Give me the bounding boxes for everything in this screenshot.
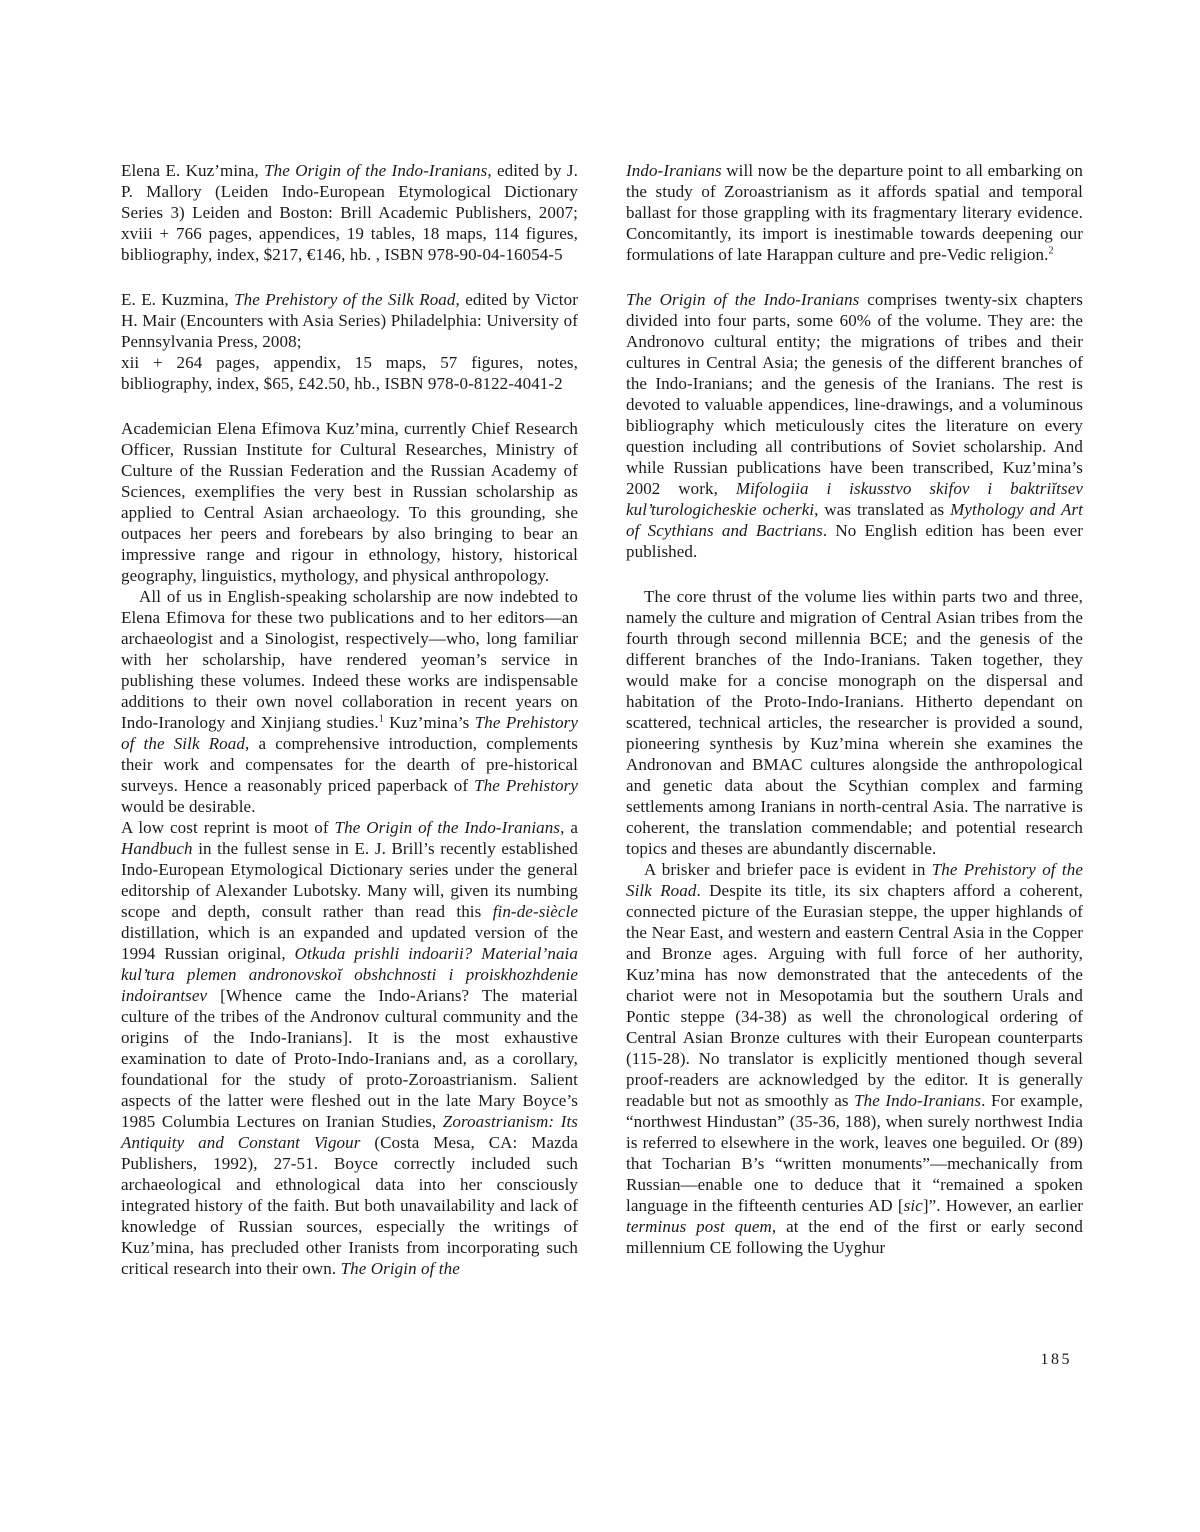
left-column: Elena E. Kuz’mina, The Origin of the Ind…: [121, 160, 578, 1279]
journal-page: Elena E. Kuz’mina, The Origin of the Ind…: [0, 0, 1200, 1532]
paragraph-core-thrust: The core thrust of the volume lies withi…: [626, 586, 1083, 859]
paragraph-continuation-departure-point: Indo-Iranians will now be the departure …: [626, 160, 1083, 265]
page-number: 185: [1006, 1351, 1072, 1369]
paragraph-brisker-pace: A brisker and briefer pace is evident in…: [626, 859, 1083, 1258]
footnote-marker: 1: [379, 713, 384, 724]
right-column: Indo-Iranians will now be the departure …: [626, 160, 1083, 1258]
citation-origin-indo-iranians: Elena E. Kuz’mina, The Origin of the Ind…: [121, 160, 578, 265]
paragraph-all-of-us: All of us in English-speaking scholarshi…: [121, 586, 578, 817]
paragraph-low-cost-reprint: A low cost reprint is moot of The Origin…: [121, 817, 578, 1279]
footnote-marker: 2: [1048, 245, 1053, 256]
citation-prehistory-silk-road: E. E. Kuzmina, The Prehistory of the Sil…: [121, 289, 578, 394]
paragraph-comprises-chapters: The Origin of the Indo-Iranians comprise…: [626, 289, 1083, 562]
paragraph-academician: Academician Elena Efimova Kuz’mina, curr…: [121, 418, 578, 586]
